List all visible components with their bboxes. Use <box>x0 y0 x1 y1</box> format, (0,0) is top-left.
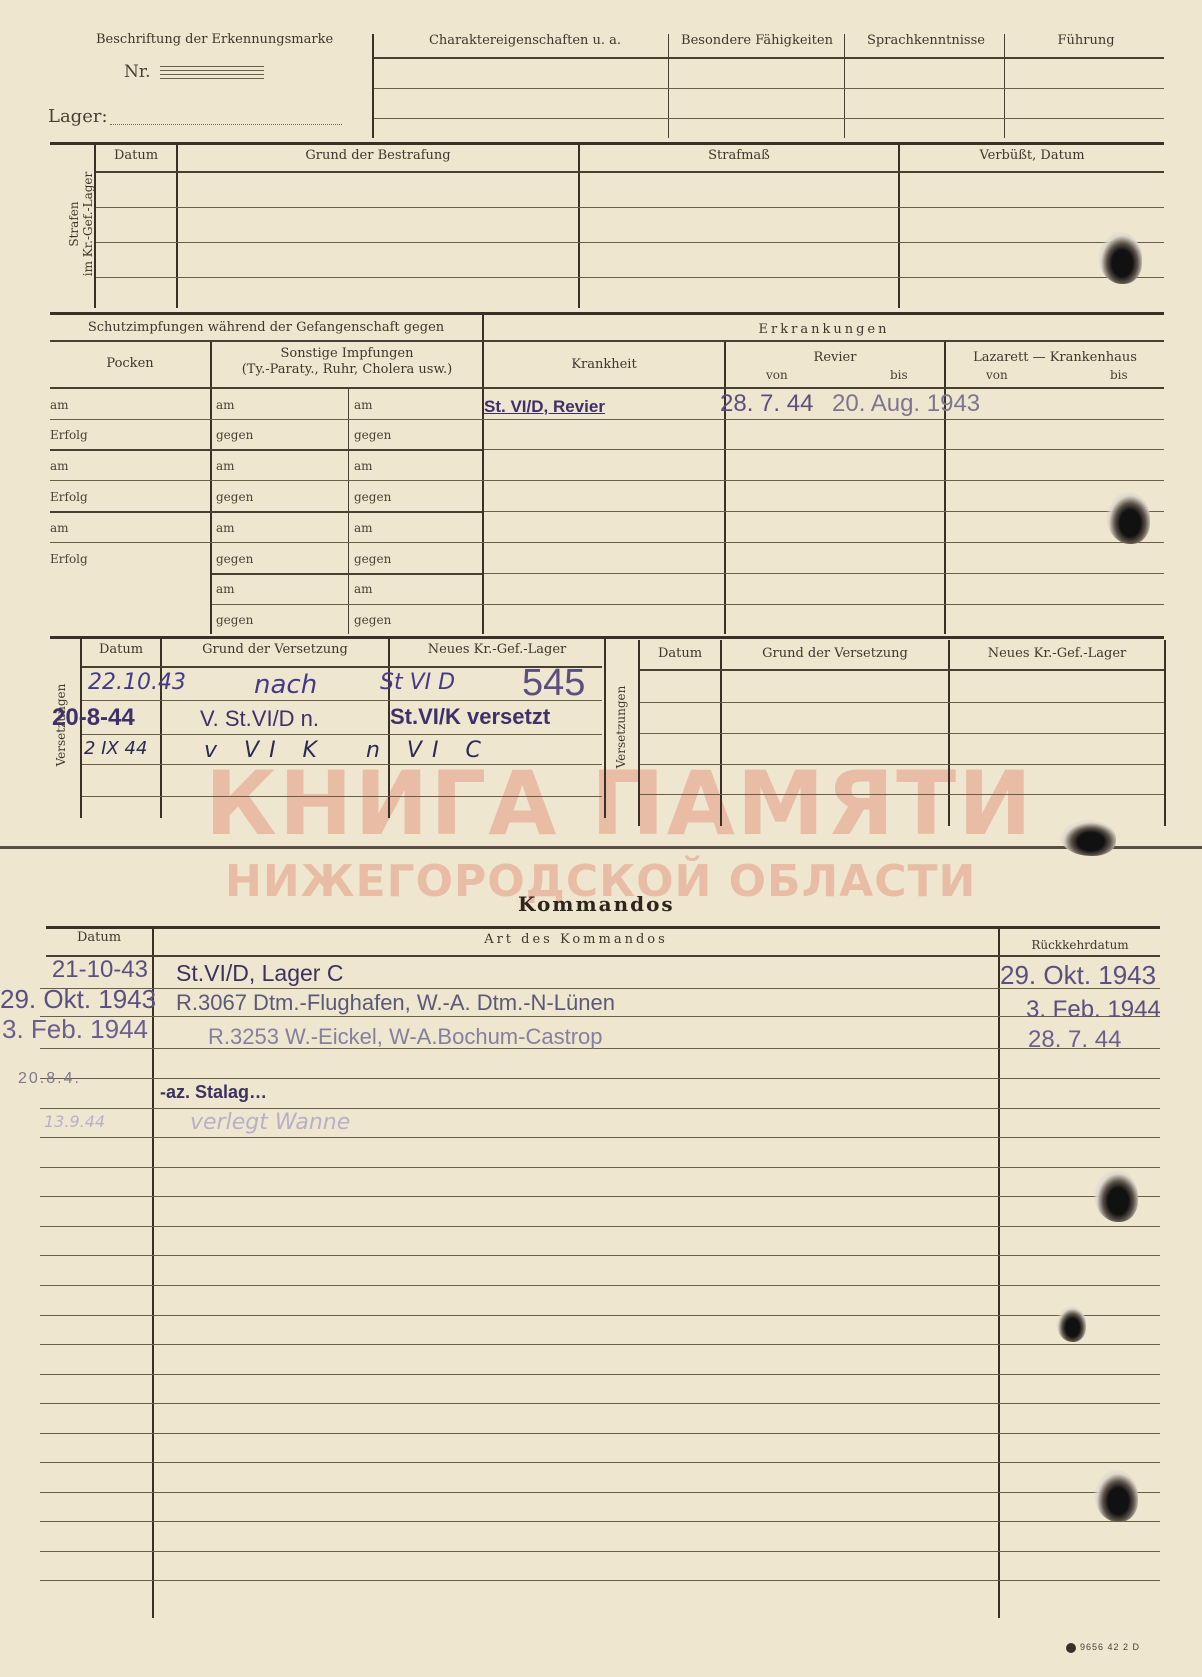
row-rule <box>46 955 1160 957</box>
punch-hole-4 <box>1094 1170 1138 1222</box>
row-rule <box>82 796 602 797</box>
kommando-1-art: St.VI/D, Lager C <box>176 960 343 987</box>
row-rule <box>96 207 1164 208</box>
section-rule <box>50 142 1164 145</box>
col-divider <box>844 34 845 138</box>
col-divider <box>1164 640 1166 826</box>
col-divider <box>210 342 212 634</box>
nr-label: Nr. <box>124 62 151 82</box>
illness-revier-von: 28. 7. 44 <box>720 390 813 418</box>
other-vaccinations-label: Sonstige Impfungen (Ty.-Paraty., Ruhr, C… <box>212 346 482 378</box>
pocken-erfolg-3: Erfolg <box>50 552 88 566</box>
row-rule <box>40 1580 1160 1581</box>
other-a-am-4: am <box>216 582 235 596</box>
col-besondere-faehigkeiten: Besondere Fähigkeiten <box>670 33 844 48</box>
lazarett-von: von <box>986 368 1008 382</box>
other-b-gegen-2: gegen <box>354 490 391 504</box>
row-rule <box>50 387 1164 389</box>
transfer-2-grund: V. St.VI/D n. <box>200 706 319 732</box>
revier-label: Revier <box>726 350 944 365</box>
transfer-1-number: 545 <box>522 662 585 705</box>
row-rule <box>40 1403 1160 1404</box>
kommando-5-datum: 13.9.44 <box>44 1112 105 1131</box>
row-rule <box>640 702 1164 703</box>
transfers-right-col-grund: Grund der Versetzung <box>722 646 948 661</box>
transfer-1-datum: 22.10.43 <box>88 670 186 695</box>
punishments-col-grund: Grund der Bestrafung <box>178 148 578 163</box>
punch-hole-2 <box>1106 492 1150 544</box>
other-b-am-4: am <box>354 582 373 596</box>
header-row-rule <box>374 88 1164 89</box>
kommando-2-art: R.3067 Dtm.-Flughafen, W.-A. Dtm.-N-Lüne… <box>176 990 615 1016</box>
col-divider <box>94 144 96 308</box>
kommando-3-rueckkehr: 28. 7. 44 <box>1028 1026 1121 1054</box>
section-rule <box>46 926 1160 929</box>
row-rule <box>40 1521 1160 1522</box>
col-divider <box>604 638 606 818</box>
row-rule <box>50 449 482 451</box>
col-divider <box>898 144 900 308</box>
transfer-2-datum: 20-8-44 <box>52 704 135 732</box>
col-divider <box>578 144 580 308</box>
illnesses-title: Erkrankungen <box>484 322 1164 337</box>
col-sprachkenntnisse: Sprachkenntnisse <box>846 33 1006 48</box>
row-rule <box>96 277 1164 278</box>
row-rule <box>640 764 1164 765</box>
krankheit-label: Krankheit <box>484 357 724 372</box>
row-rule <box>40 1167 1160 1168</box>
row-rule <box>50 542 1164 543</box>
pocken-am-1: am <box>50 398 69 412</box>
other-a-gegen-4: gegen <box>216 613 253 627</box>
kommando-3-art: R.3253 W.-Eickel, W-A.Bochum-Castrop <box>208 1024 603 1050</box>
row-rule <box>40 1374 1160 1375</box>
other-b-am-1: am <box>354 398 373 412</box>
fold-line <box>0 846 1202 849</box>
row-rule <box>40 1462 1160 1463</box>
other-a-am-1: am <box>216 398 235 412</box>
kommando-4-art: -az. Stalag… <box>160 1082 267 1103</box>
lazarett-bis: bis <box>1110 368 1128 382</box>
section-rule <box>50 636 1164 639</box>
row-rule <box>40 1285 1160 1286</box>
row-rule <box>40 1016 1160 1017</box>
side-label-line2: im Kr.-Gef.-Lager <box>81 172 95 277</box>
header-row-rule <box>374 118 1164 119</box>
section-rule <box>50 312 1164 315</box>
lager-label: Lager: <box>48 106 108 127</box>
punishments-side-label: Strafen im Kr.-Gef.-Lager <box>67 149 95 299</box>
lazarett-label: Lazarett — Krankenhaus <box>946 350 1164 365</box>
col-divider <box>152 928 154 1618</box>
punishments-col-verbuesst: Verbüßt, Datum <box>900 148 1164 163</box>
kommandos-title: Kommandos <box>518 892 675 916</box>
kommando-1-datum: 21-10-43 <box>40 956 148 984</box>
row-rule <box>96 242 1164 243</box>
nr-line-1 <box>160 66 264 67</box>
pocken-am-2: am <box>50 459 69 473</box>
row-rule <box>40 1137 1160 1138</box>
row-rule <box>640 669 1164 671</box>
row-rule <box>50 340 1164 342</box>
other-a-gegen-2: gegen <box>216 490 253 504</box>
transfers-col-grund: Grund der Versetzung <box>162 642 388 657</box>
other-b-am-3: am <box>354 521 373 535</box>
print-code-text: 9656 42 2 D <box>1080 1642 1140 1652</box>
punch-hole-6 <box>1094 1470 1138 1522</box>
revier-von: von <box>766 368 788 382</box>
print-code: 9656 42 2 D <box>1066 1642 1140 1653</box>
row-rule <box>40 1196 1160 1197</box>
transfer-3-lager: n VI C <box>366 738 491 763</box>
revier-bis: bis <box>890 368 908 382</box>
transfer-3-datum: 2 IX 44 <box>84 738 147 759</box>
other-b-gegen-3: gegen <box>354 552 391 566</box>
kommandos-col-art: Art des Kommandos <box>154 932 998 947</box>
row-rule <box>82 734 602 735</box>
kommando-3-datum: 3. Feb. 1944 <box>0 1014 148 1045</box>
col-divider <box>1004 34 1005 138</box>
row-rule <box>40 1344 1160 1345</box>
kommando-5-art: verlegt Wanne <box>190 1110 350 1135</box>
transfer-3-grund: v VI K <box>204 738 327 763</box>
vaccinations-title: Schutzimpfungen während der Gefangenscha… <box>50 320 482 335</box>
transfer-1-grund: nach <box>254 670 317 700</box>
col-divider <box>944 342 946 634</box>
col-divider <box>724 342 726 634</box>
row-rule <box>40 1078 1160 1079</box>
col-divider <box>176 144 178 308</box>
row-rule <box>82 764 602 765</box>
other-b-gegen-4: gegen <box>354 613 391 627</box>
kommando-2-datum: 29. Okt. 1943 <box>0 984 148 1015</box>
pocken-erfolg-2: Erfolg <box>50 490 88 504</box>
kommando-2-rueckkehr: 3. Feb. 1944 <box>1026 996 1161 1024</box>
punch-hole-5 <box>1056 1306 1086 1342</box>
nr-line-4 <box>160 78 264 79</box>
kommandos-col-datum: Datum <box>46 930 152 945</box>
pocken-am-3: am <box>50 521 69 535</box>
transfers-right-col-datum: Datum <box>640 646 720 661</box>
row-rule <box>40 1108 1160 1109</box>
row-rule <box>484 573 1164 574</box>
row-rule <box>40 1315 1160 1316</box>
other-a-am-2: am <box>216 459 235 473</box>
row-rule <box>40 988 1160 989</box>
row-rule <box>40 1226 1160 1227</box>
other-a-gegen-3: gegen <box>216 552 253 566</box>
row-rule <box>50 511 482 513</box>
col-charaktereigenschaften: Charaktereigenschaften u. a. <box>380 33 670 48</box>
punishments-col-datum: Datum <box>96 148 176 163</box>
punch-hole-3 <box>1060 820 1116 856</box>
col-divider <box>668 34 669 138</box>
row-rule <box>212 604 1164 605</box>
nr-line-3 <box>160 74 264 75</box>
punishments-col-strafmass: Strafmaß <box>580 148 898 163</box>
other-b-gegen-1: gegen <box>354 428 391 442</box>
other-b-am-2: am <box>354 459 373 473</box>
row-rule <box>484 449 1164 450</box>
kommando-1-rueckkehr: 29. Okt. 1943 <box>1000 960 1156 991</box>
header-divider <box>372 34 374 138</box>
transfer-2-lager: St.VI/K versetzt <box>390 704 550 730</box>
row-rule <box>40 1433 1160 1434</box>
other-a-am-3: am <box>216 521 235 535</box>
row-rule <box>212 573 482 575</box>
col-fuehrung: Führung <box>1006 33 1166 48</box>
row-rule <box>40 1551 1160 1552</box>
kommandos-col-rueckkehr: Rückkehrdatum <box>1000 938 1160 952</box>
col-divider <box>160 638 162 818</box>
other-a-gegen-1: gegen <box>216 428 253 442</box>
punch-hole-1 <box>1098 232 1142 284</box>
transfers-col-lager: Neues Kr.-Gef.-Lager <box>390 642 604 657</box>
col-divider <box>998 928 1000 1618</box>
kommando-4-datum: 20.8.4. <box>18 1070 81 1088</box>
other-vacc-line1: Sonstige Impfungen <box>280 346 413 361</box>
transfers-right-col-lager: Neues Kr.-Gef.-Lager <box>950 646 1164 661</box>
row-rule <box>640 733 1164 734</box>
row-rule <box>484 511 1164 512</box>
transfers-side-label-right: Versetzungen <box>614 682 628 772</box>
nr-line-2 <box>160 70 264 71</box>
row-rule <box>96 171 1164 173</box>
illness-krankheit: St. VI/D, Revier <box>484 397 605 417</box>
row-rule <box>640 794 1164 795</box>
other-vacc-line2: (Ty.-Paraty., Ruhr, Cholera usw.) <box>242 362 453 377</box>
pocken-label: Pocken <box>50 356 210 371</box>
row-rule <box>50 419 1164 420</box>
side-label-line1: Strafen <box>67 201 81 246</box>
row-rule <box>40 1492 1160 1493</box>
header-row-rule <box>374 57 1164 59</box>
transfer-1-lager: St VI D <box>380 670 455 695</box>
row-rule <box>40 1255 1160 1256</box>
id-tag-label: Beschriftung der Erkennungsmarke <box>96 32 326 47</box>
transfers-col-datum: Datum <box>82 642 160 657</box>
lager-field[interactable] <box>110 124 342 125</box>
printer-logo-icon <box>1066 1643 1076 1653</box>
illness-revier-bis: 20. Aug. 1943 <box>832 390 980 418</box>
row-rule <box>50 480 1164 481</box>
pocken-erfolg-1: Erfolg <box>50 428 88 442</box>
